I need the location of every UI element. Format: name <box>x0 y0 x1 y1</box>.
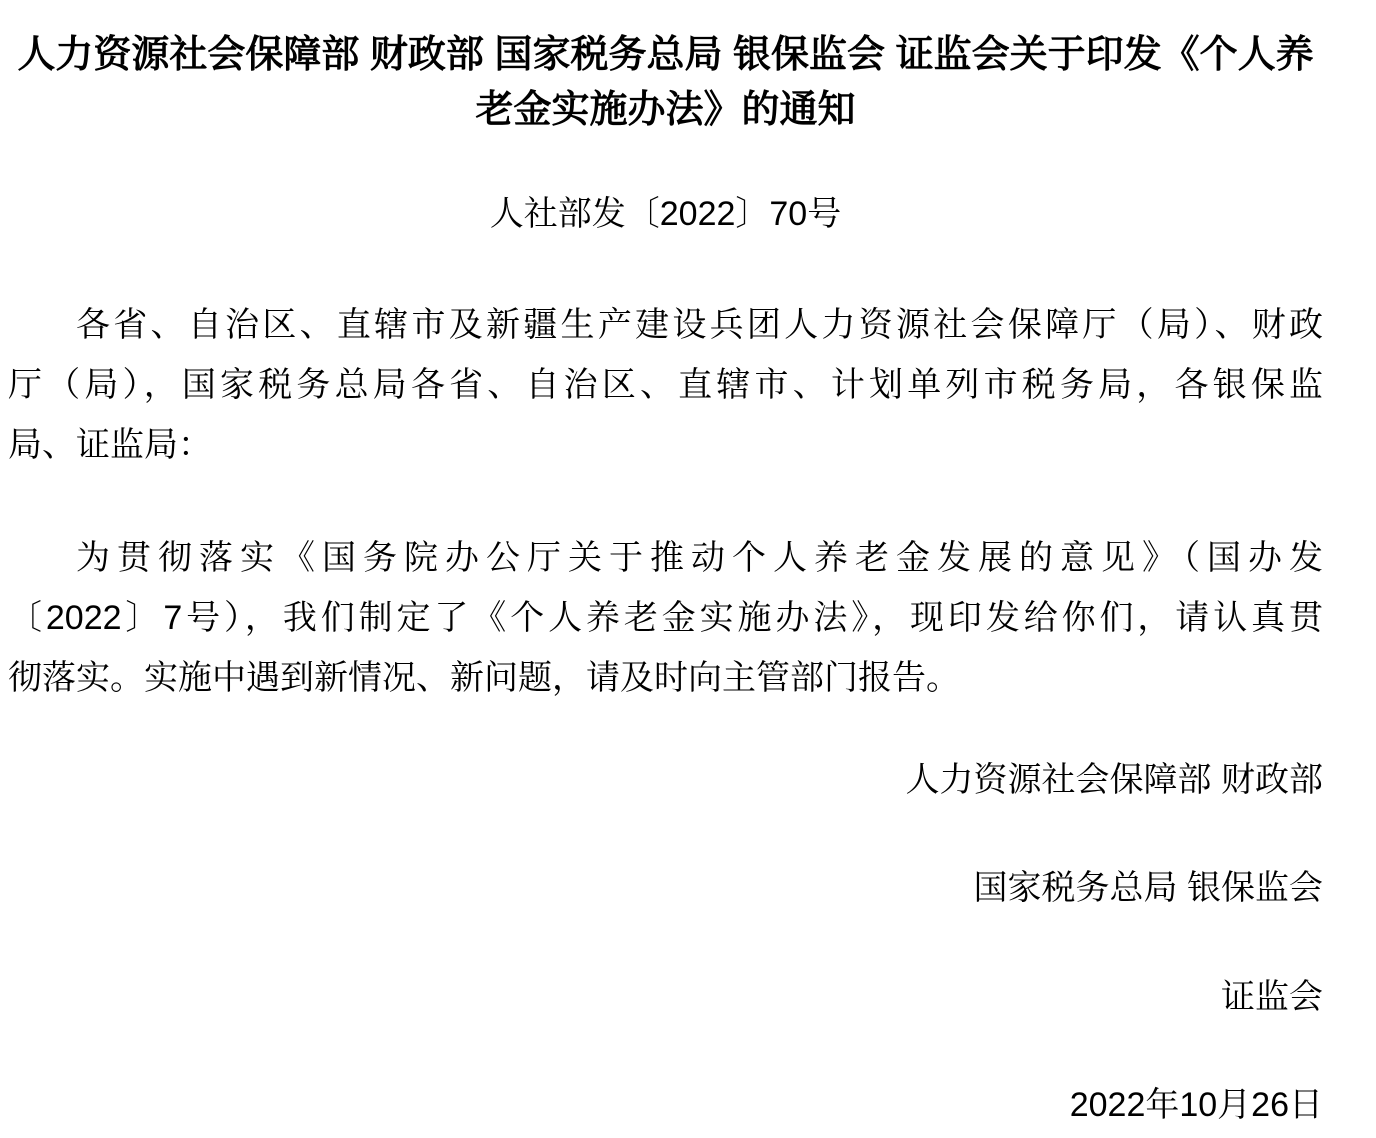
signature-line-1: 人力资源社会保障部 财政部 <box>8 750 1323 810</box>
document-content: 人力资源社会保障部 财政部 国家税务总局 银保监会 证监会关于印发《个人养 老金… <box>0 28 1376 1135</box>
body-paragraph: 为贯彻落实《国务院办公厅关于推动个人养老金发展的意见》（国办发 〔2022〕7号… <box>8 528 1323 708</box>
salutation-line-3: 局、证监局： <box>8 415 1323 475</box>
document-page: 人力资源社会保障部 财政部 国家税务总局 银保监会 证监会关于印发《个人养 老金… <box>0 0 1376 1138</box>
salutation-line-1: 各省、自治区、直辖市及新疆生产建设兵团人力资源社会保障厅（局）、财政 <box>8 295 1323 355</box>
document-date: 2022年10月26日 <box>8 1075 1323 1135</box>
title-line-1: 人力资源社会保障部 财政部 国家税务总局 银保监会 证监会关于印发《个人养 <box>8 28 1323 83</box>
document-number: 人社部发〔2022〕70号 <box>8 184 1323 244</box>
body-line-1: 为贯彻落实《国务院办公厅关于推动个人养老金发展的意见》（国办发 <box>8 528 1323 588</box>
signature-line-3: 证监会 <box>8 967 1323 1027</box>
signature-line-2: 国家税务总局 银保监会 <box>8 858 1323 918</box>
salutation-line-2: 厅（局），国家税务总局各省、自治区、直辖市、计划单列市税务局，各银保监 <box>8 355 1323 415</box>
document-title: 人力资源社会保障部 财政部 国家税务总局 银保监会 证监会关于印发《个人养 老金… <box>8 28 1323 138</box>
body-line-2: 〔2022〕7号），我们制定了《个人养老金实施办法》，现印发给你们，请认真贯 <box>8 588 1323 648</box>
body-line-3: 彻落实。实施中遇到新情况、新问题，请及时向主管部门报告。 <box>8 648 1323 708</box>
title-line-2: 老金实施办法》的通知 <box>8 83 1323 138</box>
salutation-paragraph: 各省、自治区、直辖市及新疆生产建设兵团人力资源社会保障厅（局）、财政 厅（局），… <box>8 295 1323 475</box>
